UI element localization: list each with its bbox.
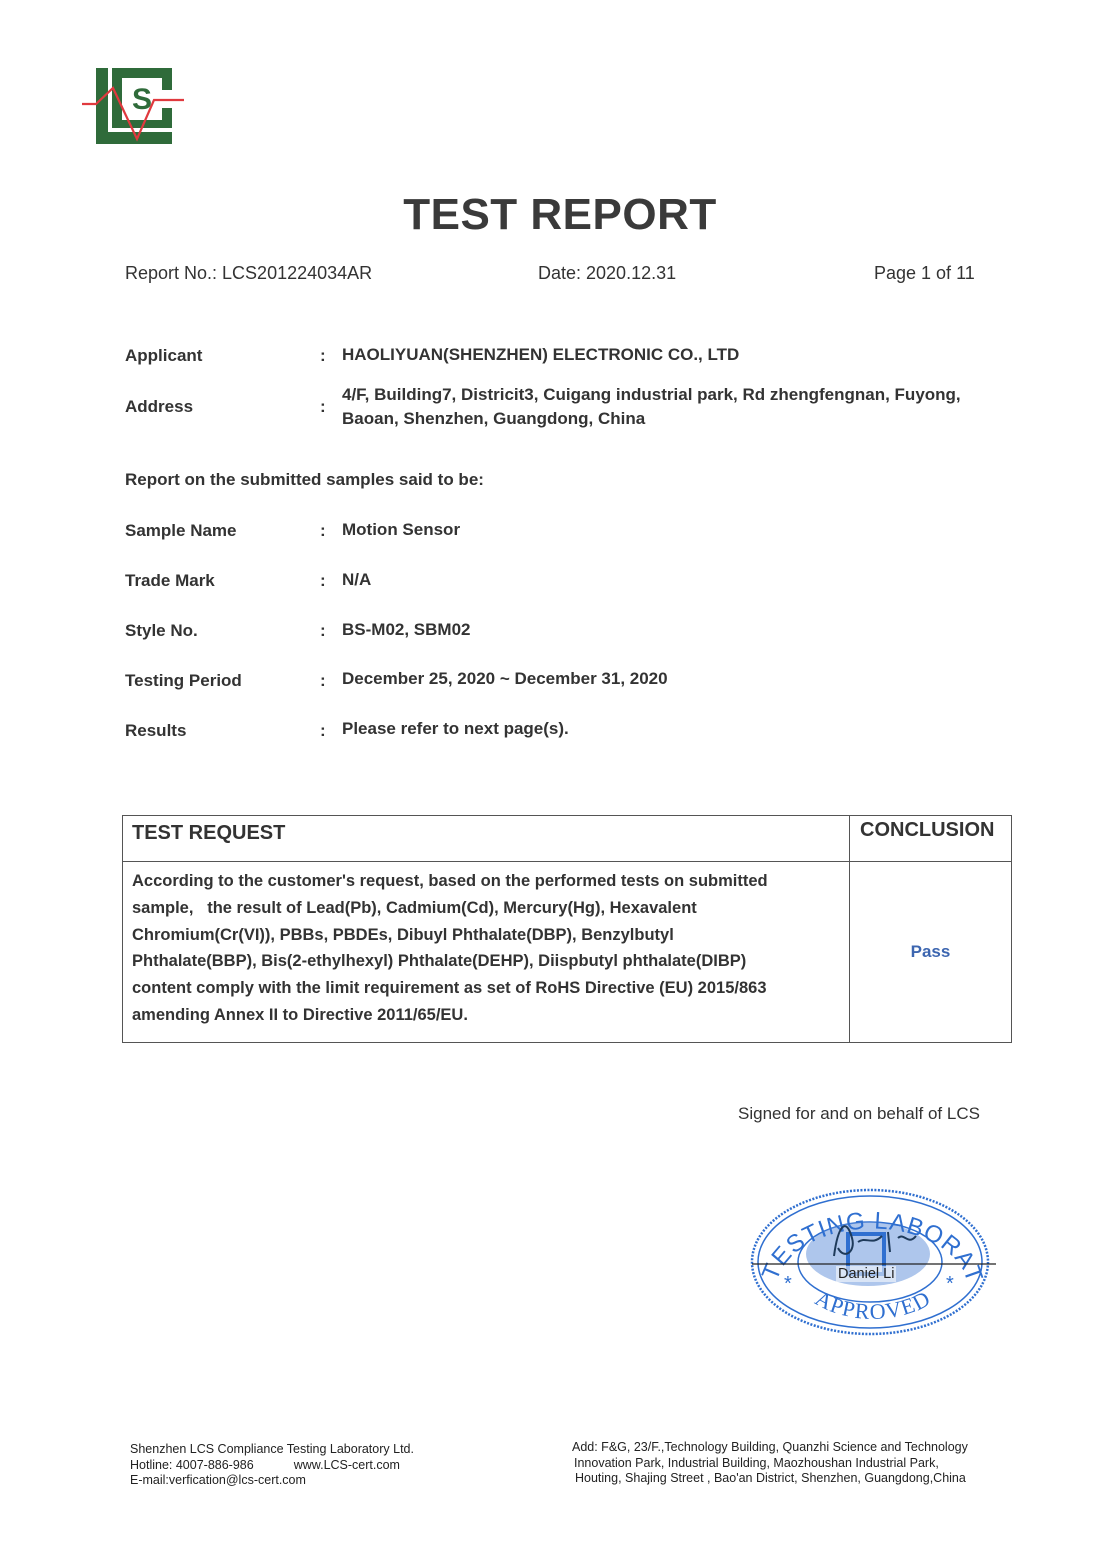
svg-text:*: * xyxy=(946,1273,954,1295)
sample-name-value: Motion Sensor xyxy=(342,518,460,542)
address-value: 4/F, Building7, Districit3, Cuigang indu… xyxy=(342,383,961,431)
results-label: Results xyxy=(125,721,186,741)
test-request-table: TEST REQUEST CONCLUSION According to the… xyxy=(122,815,1012,1043)
style-no-value: BS-M02, SBM02 xyxy=(342,618,470,642)
trade-mark-label: Trade Mark xyxy=(125,571,215,591)
report-date: Date: 2020.12.31 xyxy=(538,263,676,284)
page-title: TEST REPORT xyxy=(0,190,1102,240)
sample-name-colon: : xyxy=(320,521,326,541)
request-line: amending Annex II to Directive 2011/65/E… xyxy=(132,1002,832,1029)
svg-text:APPROVED: APPROVED xyxy=(811,1285,935,1324)
trade-mark-colon: : xyxy=(320,571,326,591)
footer-address-line: Houting, Shajing Street , Bao'an Distric… xyxy=(572,1471,968,1487)
request-line: sample, the result of Lead(Pb), Cadmium(… xyxy=(132,895,832,922)
address-line-2: Baoan, Shenzhen, Guangdong, China xyxy=(342,407,961,431)
svg-text:*: * xyxy=(784,1273,792,1295)
test-request-header: TEST REQUEST xyxy=(132,822,285,845)
trade-mark-value: N/A xyxy=(342,568,371,592)
sample-name-label: Sample Name xyxy=(125,521,237,541)
signed-on-behalf-text: Signed for and on behalf of LCS xyxy=(738,1104,980,1124)
testing-period-label: Testing Period xyxy=(125,671,242,691)
request-line: According to the customer's request, bas… xyxy=(132,868,832,895)
testing-period-value: December 25, 2020 ~ December 31, 2020 xyxy=(342,667,668,691)
address-label: Address xyxy=(125,397,193,417)
sample-intro: Report on the submitted samples said to … xyxy=(125,470,484,490)
request-line: Phthalate(BBP), Bis(2-ethylhexyl) Phthal… xyxy=(132,948,832,975)
footer-company-info: Shenzhen LCS Compliance Testing Laborato… xyxy=(130,1442,414,1489)
address-colon: : xyxy=(320,397,326,417)
table-header-divider xyxy=(123,861,1011,862)
test-request-text: According to the customer's request, bas… xyxy=(132,868,832,1029)
footer-email[interactable]: E-mail:verfication@lcs-cert.com xyxy=(130,1473,414,1489)
lcs-logo-icon: S xyxy=(82,64,186,146)
conclusion-value: Pass xyxy=(850,942,1011,962)
testing-period-colon: : xyxy=(320,671,326,691)
conclusion-header: CONCLUSION xyxy=(860,819,994,842)
footer-address-line: Add: F&G, 23/F.,Technology Building, Qua… xyxy=(572,1440,968,1456)
request-line: Chromium(Cr(VI)), PBBs, PBDEs, Dibuyl Ph… xyxy=(132,922,832,949)
style-no-colon: : xyxy=(320,621,326,641)
applicant-colon: : xyxy=(320,346,326,366)
footer-address: Add: F&G, 23/F.,Technology Building, Qua… xyxy=(572,1440,968,1487)
address-line-1: 4/F, Building7, Districit3, Cuigang indu… xyxy=(342,383,961,407)
footer-company-name: Shenzhen LCS Compliance Testing Laborato… xyxy=(130,1442,414,1458)
footer-website-link[interactable]: www.LCS-cert.com xyxy=(294,1458,400,1472)
applicant-label: Applicant xyxy=(125,346,202,366)
applicant-value: HAOLIYUAN(SHENZHEN) ELECTRONIC CO., LTD xyxy=(342,343,739,367)
results-colon: : xyxy=(320,721,326,741)
footer-address-line: Innovation Park, Industrial Building, Ma… xyxy=(572,1456,968,1472)
request-line: content comply with the limit requiremen… xyxy=(132,975,832,1002)
report-number: Report No.: LCS201224034AR xyxy=(125,263,372,284)
signer-name: Daniel Li xyxy=(836,1266,896,1282)
approved-stamp-icon: LCS TESTING LABORATORY APPROVED * * xyxy=(748,1186,996,1336)
page-number: Page 1 of 11 xyxy=(874,263,975,284)
style-no-label: Style No. xyxy=(125,621,198,641)
footer-hotline: Hotline: 4007-886-986 xyxy=(130,1458,254,1472)
table-column-divider xyxy=(849,816,850,1042)
results-value: Please refer to next page(s). xyxy=(342,717,569,741)
